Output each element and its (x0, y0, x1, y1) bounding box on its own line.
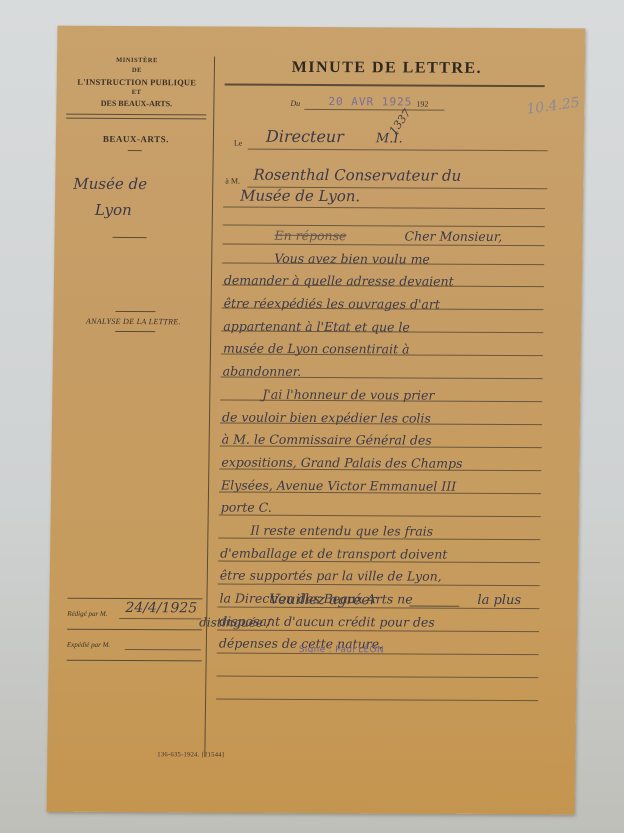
analyse-label: ANALYSE DE LA LETTRE. (63, 317, 203, 327)
body-line: J'ai l'honneur de vous prier (222, 383, 557, 407)
left-rule (67, 660, 202, 662)
from-line (248, 149, 548, 152)
ruled-line (216, 675, 538, 678)
printed-year: 192 (416, 100, 428, 109)
body-line: musée de Lyon consentirait à (223, 338, 558, 362)
ruled-lines (58, 26, 586, 29)
letter-minute-sheet: MINISTÈRE DE L'INSTRUCTION PUBLIQUE ET D… (47, 26, 586, 815)
from-value: Directeur (266, 127, 344, 146)
signature-stamp: Signé : Paul LÉON (299, 645, 384, 655)
body-line: à M. le Commissaire Général des (222, 429, 557, 453)
margin-note-line-2: Lyon (73, 197, 173, 224)
dept-underline (128, 150, 142, 151)
date-stamp: 20 AVR 1925 (328, 95, 412, 108)
left-rule (67, 629, 202, 631)
department-label: BEAUX-ARTS. (66, 134, 206, 145)
pencil-annotation: 10.4.25 (526, 95, 581, 118)
margin-note-line-1: Musée de (73, 171, 173, 198)
struck-text: En réponse (274, 225, 346, 248)
body-line: être supportés par la ville de Lyon, (220, 565, 555, 589)
closing-line-2: distinguée / (199, 615, 271, 629)
redige-line (119, 618, 201, 619)
body-line: de vouloir bien expédier les colis (222, 406, 557, 430)
body-line: d'emballage et de transport doivent (220, 542, 555, 566)
body-line: En réponse Cher Monsieur, (224, 225, 559, 249)
body-line: dépenses de cette nature. (219, 633, 554, 657)
date-line (304, 109, 444, 111)
body-line: expositions, Grand Palais des Champs (221, 451, 556, 475)
ruled-line (216, 698, 538, 701)
body-line: Il reste entendu que les frais (220, 519, 555, 543)
body-line: abandonner. (223, 361, 558, 385)
body-line: appartenant à l'Etat et que le (223, 315, 558, 339)
salutation: Cher Monsieur, (404, 225, 502, 248)
redige-label: Rédigé par M. (67, 610, 107, 618)
ministry-header: MINISTÈRE DE L'INSTRUCTION PUBLIQUE ET D… (66, 56, 207, 124)
print-code: 136-635-1924. [21544] (157, 751, 224, 758)
analyse-top-rule (116, 311, 156, 312)
ministry-line-3: L'INSTRUCTION PUBLIQUE (67, 76, 207, 89)
body-line: demander à quelle adresse devaient (224, 270, 559, 294)
redige-value: 24/4/1925 (125, 600, 197, 616)
body-line: porte C. (221, 497, 556, 521)
to-line-2 (223, 207, 545, 210)
ministry-line-5: DES BEAUX-ARTS. (66, 98, 206, 111)
body-line: être réexpédiés les ouvrages d'art (223, 293, 558, 317)
expedie-line (125, 649, 201, 650)
header-divider (66, 114, 206, 120)
date-label: Du (290, 99, 300, 108)
body-line: Vous avez bien voulu me (224, 247, 559, 271)
from-suffix: M.I. (376, 131, 403, 146)
column-divider (204, 56, 215, 756)
closing-blank (409, 606, 459, 607)
closing-left: Veuillez agréer (269, 592, 376, 609)
to-value-line-1: Rosenthal Conservateur du (253, 166, 461, 185)
page-title: MINUTE DE LETTRE. (222, 58, 552, 78)
to-value-line-2: Musée de Lyon. (240, 187, 360, 206)
from-label: Le (234, 139, 243, 148)
expedie-label: Expédié par M. (67, 641, 110, 649)
to-label: à M. (225, 177, 240, 186)
analyse-bottom-rule (115, 331, 155, 332)
margin-note-underline (113, 237, 147, 238)
margin-note: Musée de Lyon (73, 171, 174, 224)
body-line: Elysées, Avenue Victor Emmanuel III (221, 474, 556, 498)
closing-right: la plus (477, 593, 521, 608)
title-rule (225, 84, 545, 88)
